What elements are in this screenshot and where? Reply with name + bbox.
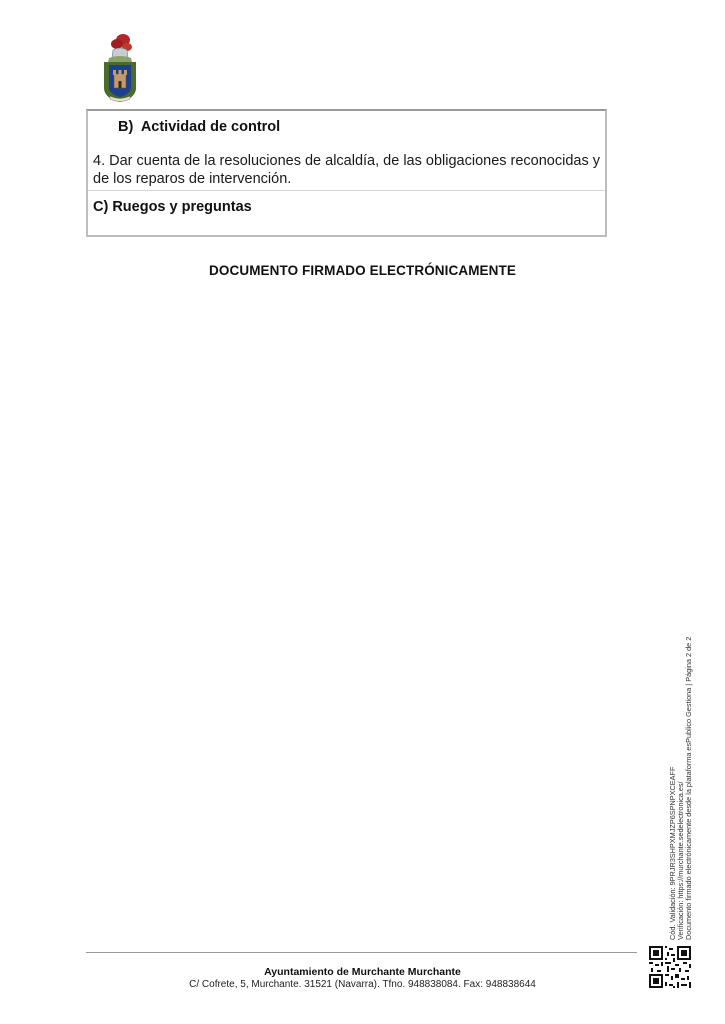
agenda-table: B) Actividad de control 4. Dar cuenta de… [86, 109, 607, 237]
table-divider [88, 190, 605, 191]
agenda-item: 4. Dar cuenta de la resoluciones de alca… [93, 152, 603, 188]
footer-organization-name: Ayuntamiento de Murchante Murchante [0, 966, 725, 978]
footer-divider [86, 952, 637, 953]
coat-of-arms-logo [101, 32, 139, 104]
footer-address: C/ Cofrete, 5, Murchante. 31521 (Navarra… [0, 979, 725, 990]
signed-document-banner: DOCUMENTO FIRMADO ELECTRÓNICAMENTE [0, 263, 725, 278]
section-b-title: B) Actividad de control [118, 119, 280, 135]
section-c-title: C) Ruegos y preguntas [93, 199, 252, 215]
platform-info: Documento firmado electrónicamente desde… [685, 620, 693, 940]
validation-strip: Cód. Validación: 9PRJR3SHPXMJZP6SPNPXCEA… [669, 620, 694, 940]
qr-code-icon [649, 946, 691, 988]
